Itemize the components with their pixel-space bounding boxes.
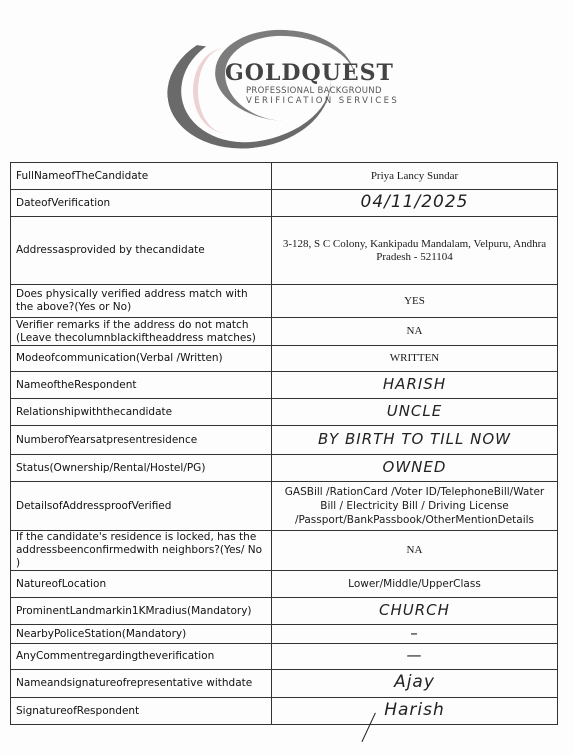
field-value-ownership-status: OWNED — [383, 458, 447, 476]
field-label: Relationshipwiththecandidate — [11, 399, 272, 426]
table-row: NameoftheRespondent HARISH — [11, 372, 558, 399]
field-value-nature-of-location: Lower/Middle/UpperClass — [272, 571, 558, 598]
field-label: Addressasprovided by thecandidate — [11, 217, 272, 285]
field-label: AnyCommentregardingtheverification — [11, 644, 272, 670]
field-value-address: 3-128, S C Colony, Kankipadu Mandalam, V… — [272, 217, 558, 285]
table-row: SignatureofRespondent Harish — [11, 698, 558, 725]
table-row: DateofVerification 04/11/2025 — [11, 190, 558, 217]
table-row: Modeofcommunication(Verbal /Written) WRI… — [11, 346, 558, 372]
table-row: AnyCommentregardingtheverification — — [11, 644, 558, 670]
field-value-full-name: Priya Lancy Sundar — [272, 163, 558, 190]
field-label: Verifier remarks if the address do not m… — [11, 318, 272, 346]
table-row: FullNameofTheCandidate Priya Lancy Sunda… — [11, 163, 558, 190]
signature-tail-stroke — [361, 713, 378, 744]
verification-form-table: FullNameofTheCandidate Priya Lancy Sunda… — [10, 162, 558, 725]
field-label: NameoftheRespondent — [11, 372, 272, 399]
table-row: NatureofLocation Lower/Middle/UpperClass — [11, 571, 558, 598]
logo-tagline-2: VERIFICATION SERVICES — [246, 96, 399, 106]
field-label: NearbyPoliceStation(Mandatory) — [11, 625, 272, 644]
table-row: ProminentLandmarkin1KMradius(Mandatory) … — [11, 598, 558, 625]
respondent-signature: Harish — [384, 700, 445, 720]
field-label: If the candidate's residence is locked, … — [11, 531, 272, 571]
field-value-mode-of-communication: WRITTEN — [272, 346, 558, 372]
field-label: FullNameofTheCandidate — [11, 163, 272, 190]
field-label: Does physically verified address match w… — [11, 285, 272, 318]
table-row: Status(Ownership/Rental/Hostel/PG) OWNED — [11, 455, 558, 482]
field-value-date-of-verification: 04/11/2025 — [361, 192, 469, 212]
table-row: If the candidate's residence is locked, … — [11, 531, 558, 571]
table-row: Nameandsignatureofrepresentative withdat… — [11, 670, 558, 698]
goldquest-logo: GOLDQUEST PROFESSIONAL BACKGROUND VERIFI… — [165, 18, 415, 143]
field-label: SignatureofRespondent — [11, 698, 272, 725]
field-label: Status(Ownership/Rental/Hostel/PG) — [11, 455, 272, 482]
table-row: Addressasprovided by thecandidate 3-128,… — [11, 217, 558, 285]
table-row: DetailsofAddressproofVerified GASBill /R… — [11, 482, 558, 531]
table-row: NearbyPoliceStation(Mandatory) – — [11, 625, 558, 644]
table-row: NumberofYearsatpresentresidence BY BIRTH… — [11, 426, 558, 455]
field-value-years-at-residence: BY BIRTH TO TILL NOW — [318, 430, 511, 448]
field-label: DateofVerification — [11, 190, 272, 217]
field-value-landmark: CHURCH — [379, 601, 450, 619]
field-label: ProminentLandmarkin1KMradius(Mandatory) — [11, 598, 272, 625]
field-label: Modeofcommunication(Verbal /Written) — [11, 346, 272, 372]
field-label: Nameandsignatureofrepresentative withdat… — [11, 670, 272, 698]
table-row: Does physically verified address match w… — [11, 285, 558, 318]
field-value-verifier-remarks: NA — [272, 318, 558, 346]
representative-signature: Ajay — [394, 672, 435, 692]
table-row: Verifier remarks if the address do not m… — [11, 318, 558, 346]
logo-brand-name: GOLDQUEST — [225, 60, 394, 86]
table-row: Relationshipwiththecandidate UNCLE — [11, 399, 558, 426]
field-value-respondent-name: HARISH — [383, 375, 446, 393]
field-value-address-match: YES — [272, 285, 558, 318]
field-label: NatureofLocation — [11, 571, 272, 598]
field-value-comment: — — [407, 646, 423, 664]
field-label: NumberofYearsatpresentresidence — [11, 426, 272, 455]
field-value-police-station: – — [410, 624, 419, 642]
field-label: DetailsofAddressproofVerified — [11, 482, 272, 531]
logo-tagline-1: PROFESSIONAL BACKGROUND — [246, 86, 382, 96]
field-value-relationship: UNCLE — [387, 402, 443, 420]
field-value-neighbor-confirmation: NA — [272, 531, 558, 571]
field-value-address-proof: GASBill /RationCard /Voter ID/TelephoneB… — [272, 482, 558, 531]
